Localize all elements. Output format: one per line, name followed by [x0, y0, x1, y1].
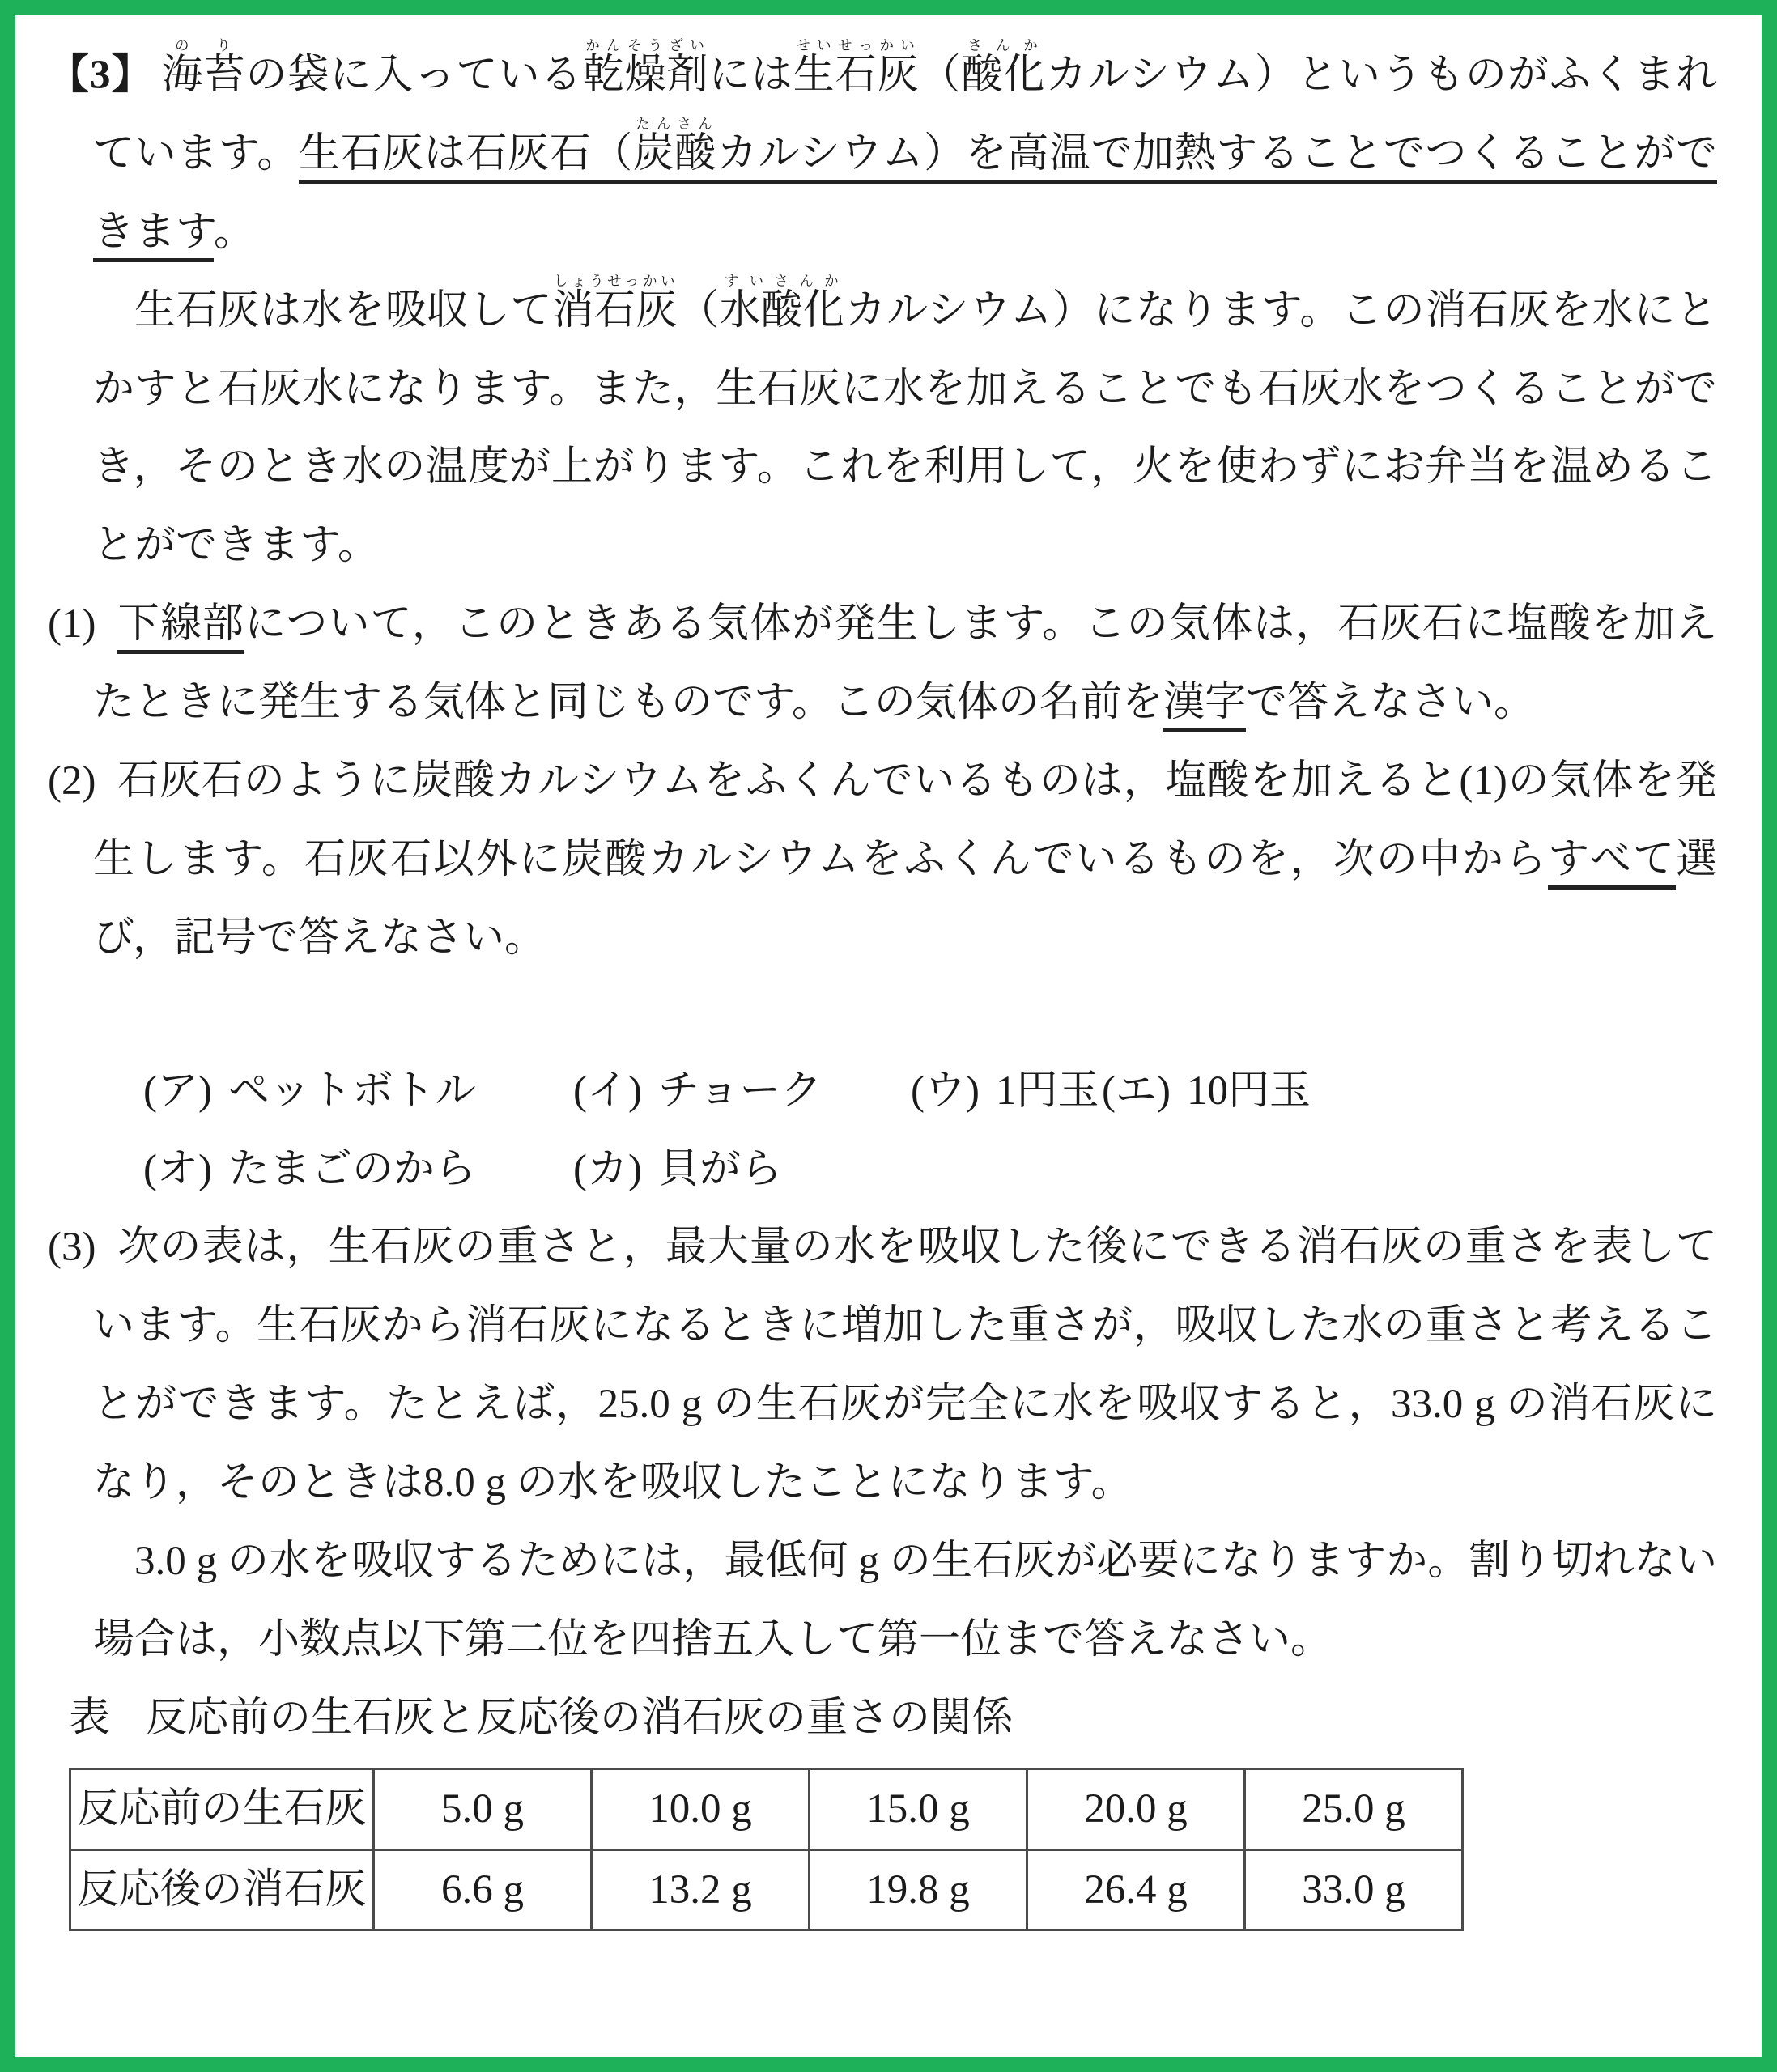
question-1-text: 下線部について，このときある気体が発生します。この気体は，石灰石に塩酸を加えたと…: [93, 601, 1717, 732]
choice-u-text: 1円玉: [996, 1068, 1099, 1114]
table-cell: 25.0 g: [1245, 1768, 1463, 1849]
question-3-text: 次の表は，生石灰の重さと，最大量の水を吸収した後にできる消石灰の重さを表していま…: [93, 1225, 1717, 1505]
row-header-slaked-lime: 反応後の消石灰: [70, 1849, 374, 1930]
question-3-text-2: 3.0 g の水を吸収するためには，最低何 g の生石灰が必要になりますか。割り…: [93, 1539, 1717, 1662]
table-caption: 表反応前の生石灰と反応後の消石灰の重さの関係: [48, 1679, 1717, 1758]
question-3-paragraph-2: 3.0 g の水を吸収するためには，最低何 g の生石灰が必要になりますか。割り…: [48, 1522, 1717, 1679]
table-row-slaked-lime: 反応後の消石灰 6.6 g 13.2 g 19.8 g 26.4 g 33.0 …: [70, 1849, 1463, 1930]
question-1-number: (1): [48, 601, 96, 647]
choice-o-label: (オ): [143, 1147, 212, 1192]
table-cell: 33.0 g: [1245, 1849, 1463, 1930]
choice-u-label: (ウ): [911, 1068, 980, 1114]
intro-text-1: 海苔のりの袋に入っている乾燥剤かんそうざいには生石灰せいせっかい（酸化さんかカル…: [93, 53, 1717, 262]
table-cell: 26.4 g: [1027, 1849, 1245, 1930]
choice-ka-label: (カ): [573, 1147, 642, 1192]
table-caption-title: 反応前の生石灰と反応後の消石灰の重さの関係: [146, 1696, 1013, 1741]
table-cell: 10.0 g: [592, 1768, 810, 1849]
question-2-number: (2): [48, 758, 96, 804]
problem-number: 【3】: [48, 53, 154, 98]
intro-text-2: 生石灰は水を吸収して消石灰しょうせっかい（水酸化すいさんかカルシウム）になります…: [93, 288, 1717, 569]
question-3: (3)次の表は，生石灰の重さと，最大量の水を吸収した後にできる消石灰の重さを表し…: [48, 1208, 1717, 1522]
choice-i-label: (イ): [573, 1068, 642, 1114]
table-cell: 6.6 g: [374, 1849, 592, 1930]
choice-a: (ア)ペットボトル: [143, 1052, 573, 1131]
intro-paragraph-1: 【3】海苔のりの袋に入っている乾燥剤かんそうざいには生石灰せいせっかい（酸化さん…: [48, 36, 1717, 272]
table-cell: 20.0 g: [1027, 1768, 1245, 1849]
table-cell: 5.0 g: [374, 1768, 592, 1849]
question-1: (1)下線部について，このときある気体が発生します。この気体は，石灰石に塩酸を加…: [48, 585, 1717, 742]
table-cell: 13.2 g: [592, 1849, 810, 1930]
choice-u: (ウ)1円玉: [911, 1052, 1102, 1131]
reaction-weight-table: 反応前の生石灰 5.0 g 10.0 g 15.0 g 20.0 g 25.0 …: [69, 1768, 1464, 1932]
choice-ka: (カ)貝がら: [573, 1131, 782, 1209]
choice-ka-text: 貝がら: [658, 1147, 782, 1192]
choice-o-text: たまごのから: [228, 1147, 476, 1192]
choice-e: (エ)10円玉: [1102, 1052, 1311, 1131]
choice-i-text: チョーク: [658, 1068, 822, 1114]
choice-e-label: (エ): [1102, 1068, 1171, 1114]
row-header-quicklime: 反応前の生石灰: [70, 1768, 374, 1849]
choices-row-1: (ア)ペットボトル(イ)チョーク(ウ)1円玉(エ)10円玉: [143, 1052, 1717, 1131]
choices-row-2: (オ)たまごのから(カ)貝がら: [143, 1131, 1717, 1209]
choice-a-text: ペットボトル: [228, 1068, 476, 1114]
question-2-text: 石灰石のように炭酸カルシウムをふくんでいるものは，塩酸を加えると(1)の気体を発…: [93, 758, 1717, 961]
exam-content: 【3】海苔のりの袋に入っている乾燥剤かんそうざいには生石灰せいせっかい（酸化さん…: [15, 15, 1762, 2057]
table-cell: 15.0 g: [810, 1768, 1027, 1849]
table-cell: 19.8 g: [810, 1849, 1027, 1930]
table-caption-label: 表: [69, 1696, 110, 1741]
choice-e-text: 10円玉: [1187, 1068, 1311, 1114]
choice-o: (オ)たまごのから: [143, 1131, 573, 1209]
question-2: (2)石灰石のように炭酸カルシウムをふくんでいるものは，塩酸を加えると(1)の気…: [48, 742, 1717, 978]
question-3-number: (3): [48, 1225, 96, 1270]
intro-paragraph-2: 生石灰は水を吸収して消石灰しょうせっかい（水酸化すいさんかカルシウム）になります…: [48, 272, 1717, 586]
choice-i: (イ)チョーク: [573, 1052, 911, 1131]
choice-a-label: (ア): [143, 1068, 212, 1114]
exam-page: 【3】海苔のりの袋に入っている乾燥剤かんそうざいには生石灰せいせっかい（酸化さん…: [0, 0, 1777, 2072]
table-row-quicklime: 反応前の生石灰 5.0 g 10.0 g 15.0 g 20.0 g 25.0 …: [70, 1768, 1463, 1849]
answer-choices: (ア)ペットボトル(イ)チョーク(ウ)1円玉(エ)10円玉 (オ)たまごのから(…: [48, 1052, 1717, 1209]
